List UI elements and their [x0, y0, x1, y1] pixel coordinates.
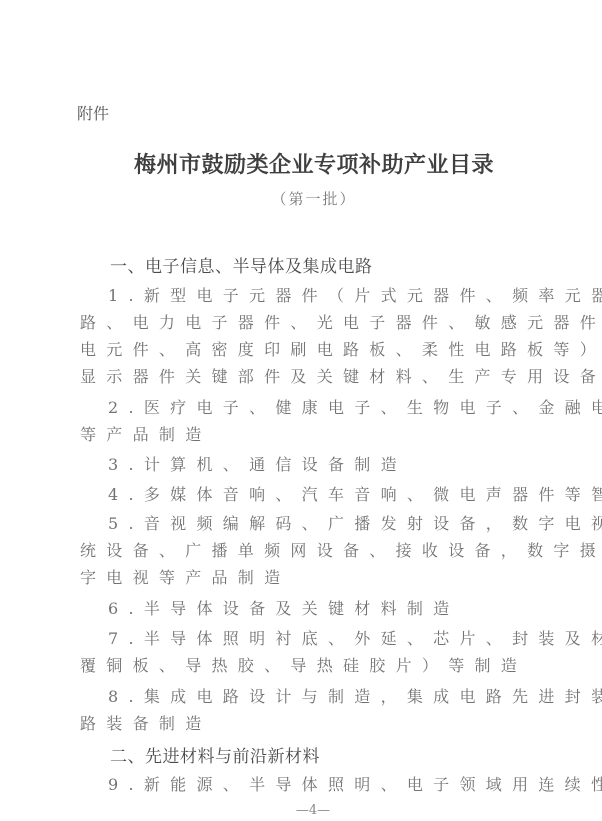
item-8-line-2: 路装备制造	[80, 711, 212, 734]
item-3-line-1: 3.计算机、通信设备制造	[108, 452, 407, 475]
attachment-label: 附件	[77, 101, 109, 124]
document-subtitle: （第一批）	[0, 188, 602, 209]
item-2-line-2: 等产品制造	[80, 422, 212, 445]
item-7-line-1: 7.半导体照明衬底、外延、芯片、封装及材料（含高效散热	[108, 626, 602, 649]
item-6-line-1: 6.半导体设备及关键材料制造	[108, 596, 459, 619]
item-4-line-1: 4.多媒体音响、汽车音响、微电声器件等智能视听产品制造	[108, 482, 602, 505]
item-7-line-2: 覆铜板、导热胶、导热硅胶片）等制造	[80, 653, 527, 676]
item-5-line-2: 统设备、广播单频网设备、接收设备，数字摄录机、录放机、数	[80, 538, 602, 561]
item-5-line-3: 字电视等产品制造	[80, 565, 290, 588]
document-title: 梅州市鼓励类企业专项补助产业目录	[0, 148, 602, 179]
item-1-line-3: 电元件、高密度印刷电路板、柔性电路板等）研发与制造，新型	[80, 337, 602, 360]
item-5-line-1: 5.音视频编解码、广播发射设备，数字电视演播室设备、系	[108, 511, 602, 534]
item-1-line-4: 显示器件关键部件及关键材料、生产专用设备研发与制造	[80, 364, 602, 387]
item-8-line-1: 8.集成电路设计与制造，集成电路先进封装与测试，集成电	[108, 684, 602, 707]
document-page: 附件 梅州市鼓励类企业专项补助产业目录 （第一批） 一、电子信息、半导体及集成电…	[0, 0, 602, 821]
page-number: —4—	[0, 803, 602, 818]
item-9-line-1: 9.新能源、半导体照明、电子领域用连续性金属卷材、真空	[108, 772, 602, 795]
item-2-line-1: 2.医疗电子、健康电子、生物电子、金融电子、图像传感器	[108, 395, 602, 418]
item-1-line-1: 1.新型电子元器件（片式元器件、频率元器件、混合集成电	[108, 283, 602, 306]
section-heading-1: 一、电子信息、半导体及集成电路	[110, 252, 373, 277]
item-1-line-2: 路、电力电子器件、光电子器件、敏感元器件及传感器、新型机	[80, 310, 602, 333]
section-heading-2: 二、先进材料与前沿新材料	[110, 742, 320, 767]
